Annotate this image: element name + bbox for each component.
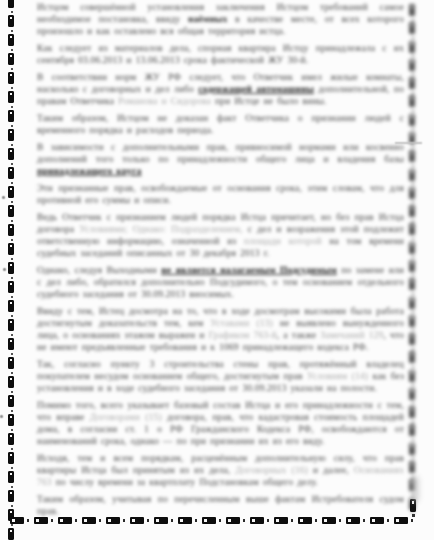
border-dash xyxy=(8,224,15,243)
border-dash xyxy=(8,433,15,452)
faded-text: Романова и Сидорова xyxy=(118,97,211,107)
faded-text: площади которой xyxy=(244,237,322,247)
scan-smudge xyxy=(412,476,419,502)
border-dash xyxy=(10,517,34,525)
faded-text: Договорных (16) xyxy=(235,466,308,476)
border-dash xyxy=(8,205,15,224)
border-dash xyxy=(409,59,416,77)
paragraph: В соответствии норм ЖУ РФ следует, что О… xyxy=(37,72,404,108)
border-dash xyxy=(409,114,416,132)
body-text: наёмных xyxy=(188,15,227,25)
emphasized-underlined-text: содержащей автомашины xyxy=(198,85,314,95)
border-dash xyxy=(409,41,416,59)
border-dash xyxy=(409,150,416,168)
paragraph: Эти признанные прав, освобождаемые от ос… xyxy=(37,183,404,207)
body-text: Таким образом, Истцом не доказан факт От… xyxy=(37,114,404,136)
border-dash xyxy=(8,414,15,433)
body-text: Однако, следуя Выходными xyxy=(37,266,161,276)
border-dash xyxy=(8,148,15,167)
border-dash xyxy=(409,424,416,442)
border-dash xyxy=(409,187,416,205)
scan-speck xyxy=(0,415,3,418)
scan-speck xyxy=(3,268,6,271)
paragraph: Так, согласно пункту 3 строительства сте… xyxy=(37,359,404,395)
border-dash xyxy=(409,4,416,22)
border-dash xyxy=(8,186,15,205)
border-dash xyxy=(8,129,15,148)
border-dash xyxy=(409,223,416,241)
emphasized-underlined-text: принадлежащего круга xyxy=(37,167,142,177)
body-text: Таким образом, учитывая по перечисленным… xyxy=(37,495,404,517)
border-dash xyxy=(8,471,15,490)
border-dash xyxy=(409,169,416,187)
border-dash xyxy=(8,395,15,414)
border-dash xyxy=(8,34,15,53)
border-dash xyxy=(8,243,15,262)
border-dash xyxy=(409,278,416,296)
border-dash xyxy=(409,260,416,278)
border-dash xyxy=(8,91,15,110)
paragraph: Однако, следуя Выходными не является нал… xyxy=(37,265,404,301)
paragraph: Исходя, тем и всем порядкам, расценённым… xyxy=(37,453,404,489)
left-dashed-cut-border xyxy=(8,0,15,540)
border-dash xyxy=(409,388,416,406)
border-dash xyxy=(8,167,15,186)
border-dash xyxy=(8,0,15,15)
scan-speck xyxy=(2,196,5,199)
border-dash xyxy=(8,110,15,129)
body-text: Как следует из материалов дела, спорная … xyxy=(37,44,404,66)
body-text: и далее, xyxy=(308,466,354,476)
body-text: В зависимости с дополнительными прав, пр… xyxy=(37,143,404,165)
border-dash xyxy=(8,357,15,376)
border-dash xyxy=(8,300,15,319)
paragraph: Ввиду с тем, Истец досмотра на то, что в… xyxy=(37,306,404,354)
faded-text: Условиями; Однако: Подразделением, xyxy=(79,225,242,235)
border-dash xyxy=(409,370,416,388)
border-dash xyxy=(409,351,416,369)
border-dash xyxy=(409,95,416,113)
body-text: , а также xyxy=(277,331,320,341)
border-dash xyxy=(8,15,15,34)
border-dash xyxy=(409,406,416,424)
border-dash xyxy=(409,205,416,223)
border-dash xyxy=(8,528,15,540)
paragraph: Таким образом, учитывая по перечисленным… xyxy=(37,494,404,518)
border-dash xyxy=(8,53,15,72)
blurred-document-text: Истцом совершённой установления заключен… xyxy=(37,2,404,523)
scan-scratch xyxy=(395,142,422,144)
border-dash xyxy=(8,281,15,300)
paragraph: В зависимости с дополнительными прав, пр… xyxy=(37,142,404,178)
paragraph: Истцом совершённой установления заключен… xyxy=(37,2,404,38)
border-dash xyxy=(8,72,15,91)
paragraph: Таким образом, Истцом не доказан факт От… xyxy=(37,113,404,137)
border-dash xyxy=(409,443,416,461)
faded-text: Условиям (14) xyxy=(307,372,368,382)
body-text: Эти признанные прав, освобождаемые от ос… xyxy=(37,184,404,206)
border-dash xyxy=(409,77,416,95)
faded-text: Замечаний 129 xyxy=(320,331,383,341)
right-dashed-cut-border xyxy=(409,4,416,516)
faded-text: Договорами (15) xyxy=(90,413,162,423)
border-dash xyxy=(8,376,15,395)
emphasized-underlined-text: не является налагаемым Подсудимым xyxy=(161,266,337,276)
border-dash xyxy=(409,315,416,333)
body-text: при Истце не было вины. xyxy=(211,97,327,107)
faded-text: Уставами (13) xyxy=(210,319,272,329)
border-dash xyxy=(409,242,416,260)
body-text: по числу времени за квартплату Подстанов… xyxy=(52,478,318,488)
paragraph: Ведь Ответчик с признанием людей порядка… xyxy=(37,212,404,260)
paragraph: Как следует из материалов дела, спорная … xyxy=(37,43,404,67)
border-dash xyxy=(8,262,15,281)
scanned-document-page: Истцом совершённой установления заключен… xyxy=(0,0,434,540)
border-dash xyxy=(409,333,416,351)
border-dash xyxy=(409,297,416,315)
border-dash xyxy=(8,319,15,338)
border-dash xyxy=(8,452,15,471)
paragraph: Помимо того, всего указывает базовый сос… xyxy=(37,400,404,448)
border-dash xyxy=(8,338,15,357)
border-dash xyxy=(409,22,416,40)
border-dash xyxy=(8,490,15,509)
faded-text: Графиком 763-й xyxy=(209,331,277,341)
